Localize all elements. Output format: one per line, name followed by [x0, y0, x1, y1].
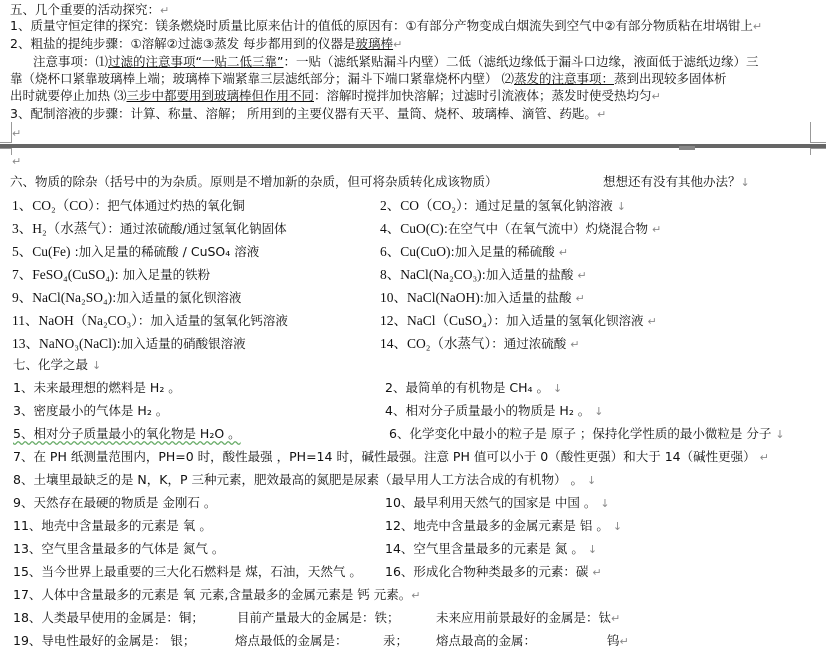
- superlative-item-8: 8、土壤里最缺乏的是 N，K，P 三种元素，肥效最高的氮肥是尿素（最早用人工方法…: [13, 472, 596, 489]
- section5-item3: 3、配制溶液的步骤：计算、称量、溶解； 所用到的主要仪器有天平、量筒、烧杯、玻璃…: [10, 106, 606, 123]
- page-2: ↵ 六、物质的除杂（括号中的为杂质。原则是不增加新的杂质，但可将杂质转化成该物质…: [0, 150, 826, 655]
- page-corner-mark: [810, 122, 826, 143]
- impurity-item: 1、CO₂（CO）：把气体通过灼热的氧化铜: [12, 198, 245, 214]
- superlative-item: 1、未来最理想的燃料是 H₂ 。: [13, 380, 181, 396]
- section5-title: 五、几个重要的活动探究：↵: [10, 2, 169, 19]
- page-1: 五、几个重要的活动探究：↵ 1、质量守恒定律的探究：镁条燃烧时质量比原来估计的值…: [0, 0, 826, 144]
- impurity-item: 8、NaCl(Na₂CO₃):加入适量的盐酸 ↵: [380, 267, 587, 284]
- impurity-item: 4、CuO(C):在空气中（在氧气流中）灼烧混合物 ↵: [380, 221, 661, 238]
- impurity-item: 5、Cu(Fe) :加入足量的稀硫酸 / CuSO₄ 溶液: [12, 244, 259, 260]
- superlative-item-18c: 未来应用前景最好的金属是：钛↵: [436, 610, 620, 627]
- superlative-item-19d: 熔点最高的金属：: [436, 633, 536, 649]
- impurity-item: 2、CO（CO₂）：通过足量的氢氧化钠溶液 ↓: [380, 198, 626, 215]
- superlative-item-17: 17、人体中含量最多的元素是 氧 元素,含量最多的金属元素是 钙 元素。↵: [13, 587, 421, 604]
- paragraph-mark: ↵: [12, 154, 21, 170]
- superlative-item: 9、天然存在最硬的物质是 金刚石 。: [13, 495, 216, 511]
- superlative-item: 15、当今世界上最重要的三大化石燃料是 煤，石油，天然气 。: [13, 564, 362, 580]
- superlative-item-18b: 目前产量最大的金属是：铁；: [237, 610, 400, 626]
- superlative-item-18a: 18、人类最早使用的金属是：铜；: [13, 610, 204, 626]
- impurity-item: 10、NaCl(NaOH):加入适量的盐酸 ↵: [380, 290, 585, 307]
- impurity-item: 9、NaCl(Na₂SO₄):加入适量的氯化钡溶液: [12, 290, 241, 306]
- superlative-item-19c: 汞；: [383, 633, 408, 649]
- impurity-item: 7、FeSO₄(CuSO₄): 加入足量的铁粉: [12, 267, 210, 283]
- superlative-item-7: 7、在 PH 纸测量范围内，PH=0 时，酸性最强 ，PH=14 时，碱性最强。…: [13, 449, 769, 466]
- superlative-item: 13、空气里含量最多的气体是 氮气 。: [13, 541, 224, 557]
- superlative-item-19b: 熔点最低的金属是：: [235, 633, 348, 649]
- impurity-item: 6、Cu(CuO):加入足量的稀硫酸 ↵: [380, 244, 568, 261]
- paragraph-mark: ↵: [12, 126, 21, 142]
- section5-item2-notes-2: 靠（烧杯口紧靠玻璃棒上端；玻璃棒下端紧靠三层滤纸部分；漏斗下端口紧靠烧杯内壁） …: [10, 71, 727, 87]
- impurity-item: 12、NaCl（CuSO₄）：加入适量的氢氧化钡溶液 ↵: [380, 313, 657, 330]
- superlative-item-19a: 19、导电性最好的金属是： 银；: [13, 633, 195, 649]
- superlative-item: 16、形成化合物种类最多的元素：碳 ↵: [385, 564, 602, 581]
- section5-item2: 2、粗盐的提纯步骤：①溶解②过滤③蒸发 每步都用到的仪器是玻璃棒↵: [10, 36, 402, 53]
- impurity-item: 3、H₂（水蒸气）：通过浓硫酸/通过氢氧化钠固体: [12, 221, 287, 237]
- page-break-divider: [0, 144, 826, 148]
- impurity-item: 14、CO₂（水蒸气）：通过浓硫酸 ↵: [380, 336, 579, 353]
- superlative-item: 14、空气里含量最多的元素是 氮 。 ↓: [385, 541, 597, 558]
- superlative-item: 10、最早利用天然气的国家是 中国 。 ↓: [385, 495, 610, 512]
- superlative-item: 6、化学变化中最小的粒子是 原子 ；保持化学性质的最小微粒是 分子 ↓: [389, 426, 785, 443]
- superlative-item: 12、地壳中含量最多的金属元素是 铝 。 ↓: [385, 518, 622, 535]
- superlative-item: 4、相对分子质量最小的物质是 H₂ 。 ↓: [385, 403, 604, 420]
- impurity-item: 13、NaNO₃(NaCl):加入适量的硝酸银溶液: [12, 336, 246, 352]
- superlative-item-19e: 钨↵: [607, 633, 629, 650]
- superlative-item: 3、密度最小的气体是 H₂ 。: [13, 403, 168, 419]
- section6-title: 六、物质的除杂（括号中的为杂质。原则是不增加新的杂质，但可将杂质转化成该物质）: [10, 174, 498, 190]
- section5-item1: 1、质量守恒定律的探究：镁条燃烧时质量比原来估计的值低的原因有：①有部分产物变成…: [10, 18, 762, 35]
- section5-item2-notes: 注意事项：⑴过滤的注意事项“一贴二低三靠”：一贴（滤纸紧贴漏斗内壁）二低（滤纸边…: [33, 54, 758, 70]
- impurity-item: 11、NaOH（Na₂CO₃）：加入适量的氢氧化钙溶液: [12, 313, 288, 329]
- superlative-item: 11、地壳中含量最多的元素是 氧 。: [13, 518, 212, 534]
- superlative-item: 5、相对分子质量最小的氧化物是 H₂O 。: [13, 426, 241, 442]
- section6-hint: 想想还有没有其他办法？↓: [603, 174, 750, 191]
- superlative-item: 2、最简单的有机物是 CH₄ 。 ↓: [385, 380, 562, 397]
- page-corner-mark: [0, 122, 12, 143]
- section7-title: 七、化学之最 ↓: [13, 357, 101, 374]
- section5-item2-notes-3: 出时就要停止加热 ⑶三步中都要用到玻璃棒但作用不同：溶解时搅拌加快溶解；过滤时引…: [10, 88, 661, 105]
